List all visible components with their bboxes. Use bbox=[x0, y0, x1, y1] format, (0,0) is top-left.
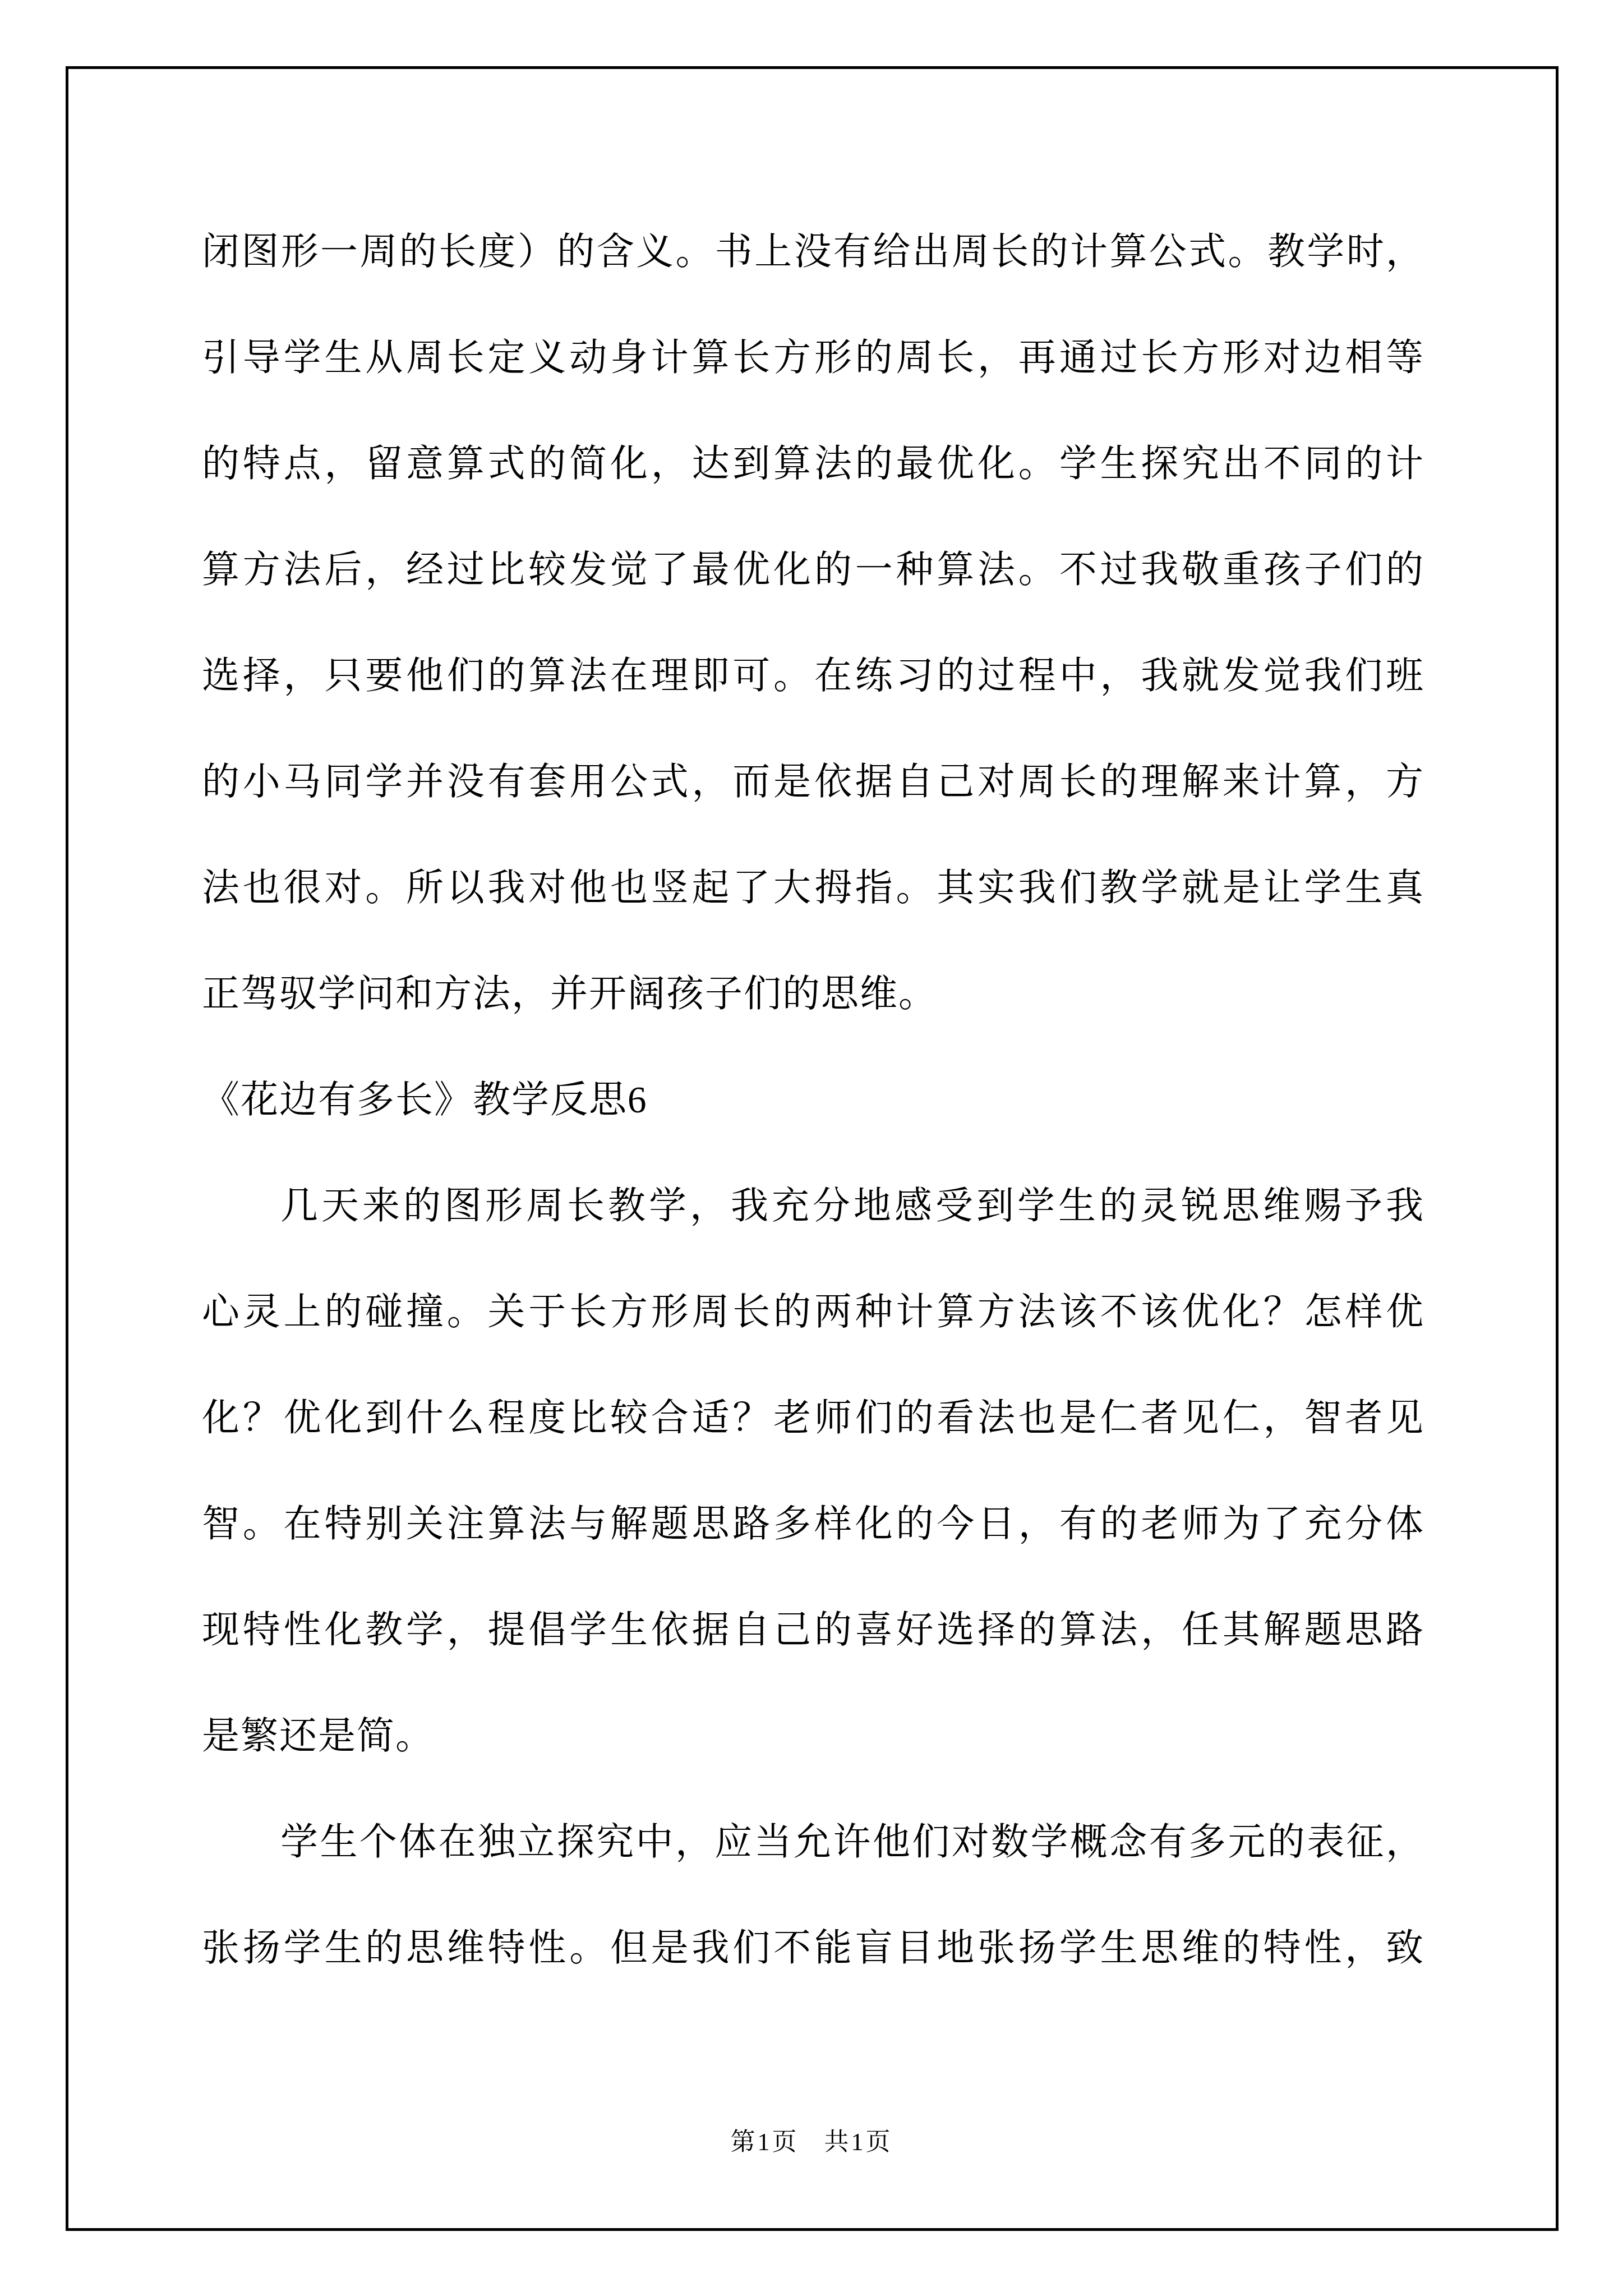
text-line: 化？优化到什么程度比较合适？老师们的看法也是仁者见仁，智者见 bbox=[202, 1365, 1424, 1471]
page-footer: 第1页共1页 bbox=[0, 2122, 1623, 2157]
page-number-label: 第1页 bbox=[731, 2128, 799, 2156]
text-line: 智。在特别关注算法与解题思路多样化的今日，有的老师为了充分体 bbox=[202, 1471, 1424, 1577]
text-line: 学生个体在独立探究中，应当允许他们对数学概念有多元的表征， bbox=[202, 1789, 1424, 1895]
text-line: 几天来的图形周长教学，我充分地感受到学生的灵锐思维赐予我 bbox=[202, 1153, 1424, 1259]
text-line: 闭图形一周的长度）的含义。书上没有给出周长的计算公式。教学时， bbox=[202, 199, 1424, 305]
text-line: 引导学生从周长定义动身计算长方形的周长，再通过长方形对边相等 bbox=[202, 305, 1424, 411]
text-line: 心灵上的碰撞。关于长方形周长的两种计算方法该不该优化？怎样优 bbox=[202, 1259, 1424, 1365]
text-line: 的小马同学并没有套用公式，而是依据自己对周长的理解来计算，方 bbox=[202, 729, 1424, 835]
document-body: 闭图形一周的长度）的含义。书上没有给出周长的计算公式。教学时， 引导学生从周长定… bbox=[202, 199, 1424, 2001]
page-total-label: 共1页 bbox=[824, 2128, 893, 2156]
text-line: 正驾驭学问和方法，并开阔孩子们的思维。 bbox=[202, 941, 1424, 1047]
section-heading: 《花边有多长》教学反思6 bbox=[202, 1047, 1424, 1153]
text-line: 是繁还是简。 bbox=[202, 1683, 1424, 1789]
text-line: 算方法后，经过比较发觉了最优化的一种算法。不过我敬重孩子们的 bbox=[202, 517, 1424, 623]
text-line: 现特性化教学，提倡学生依据自己的喜好选择的算法，任其解题思路 bbox=[202, 1577, 1424, 1683]
text-line: 的特点，留意算式的简化，达到算法的最优化。学生探究出不同的计 bbox=[202, 411, 1424, 517]
text-line: 张扬学生的思维特性。但是我们不能盲目地张扬学生思维的特性，致 bbox=[202, 1895, 1424, 2001]
text-line: 选择，只要他们的算法在理即可。在练习的过程中，我就发觉我们班 bbox=[202, 623, 1424, 729]
text-line: 法也很对。所以我对他也竖起了大拇指。其实我们教学就是让学生真 bbox=[202, 835, 1424, 941]
